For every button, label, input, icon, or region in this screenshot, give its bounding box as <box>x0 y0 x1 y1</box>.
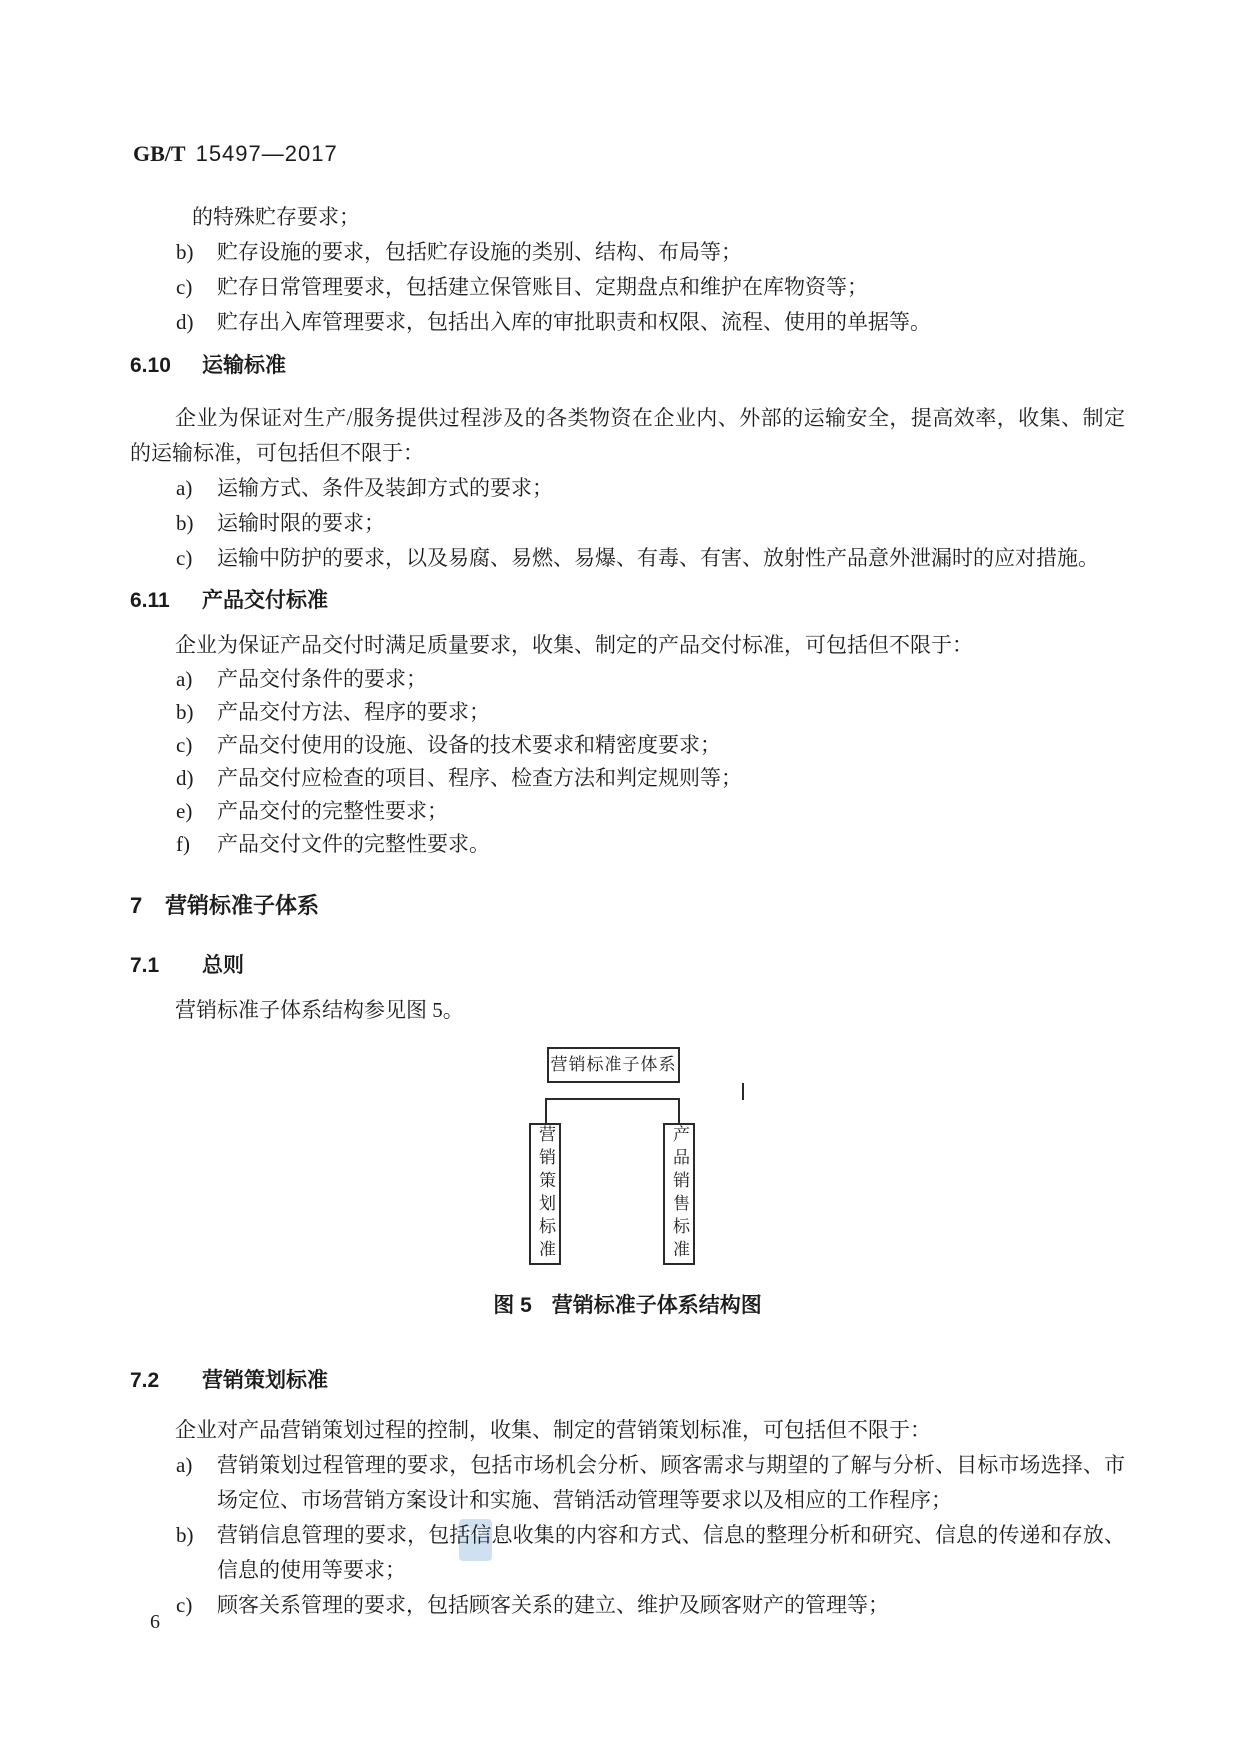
chart-root-label: 营销标准子体系 <box>551 1055 677 1075</box>
list-item: c) 产品交付使用的设施、设备的技术要求和精密度要求； <box>176 729 1125 762</box>
section-number: 7 <box>130 888 165 923</box>
list-item: d) 贮存出入库管理要求，包括出入库的审批职责和权限、流程、使用的单据等。 <box>176 305 1125 340</box>
list-item-text: 运输中防护的要求，以及易腐、易燃、易爆、有毒、有害、放射性产品意外泄漏时的应对措… <box>217 541 1125 576</box>
list-item-text: 顾客关系管理的要求，包括顾客关系的建立、维护及顾客财产的管理等； <box>217 1588 1125 1623</box>
list-item: b) 运输时限的要求； <box>176 506 1125 541</box>
list-item-text: 贮存日常管理要求，包括建立保管账目、定期盘点和维护在库物资等； <box>217 270 1125 305</box>
section-6-11-paragraph: 企业为保证产品交付时满足质量要求，收集、制定的产品交付标准，可包括但不限于： <box>130 628 1125 663</box>
list-item-label: e) <box>176 795 217 828</box>
chart-right-box: 产品销售标准 <box>663 1123 695 1265</box>
list-item: b) 营销信息管理的要求，包括信息收集的内容和方式、信息的整理分析和研究、信息的… <box>176 1518 1125 1588</box>
list-item-text: 贮存设施的要求，包括贮存设施的类别、结构、布局等； <box>217 235 1125 270</box>
page-content: 的特殊贮存要求； b) 贮存设施的要求，包括贮存设施的类别、结构、布局等； c)… <box>130 0 1125 1623</box>
chart-connector-left-drop <box>545 1098 547 1125</box>
list-item-label: b) <box>176 1518 217 1588</box>
section-title: 总则 <box>202 954 244 977</box>
list-item: d) 产品交付应检查的项目、程序、检查方法和判定规则等； <box>176 762 1125 795</box>
storage-requirements-list: b) 贮存设施的要求，包括贮存设施的类别、结构、布局等； c) 贮存日常管理要求… <box>130 235 1125 340</box>
list-item-label: d) <box>176 762 217 795</box>
list-item-label: a) <box>176 663 217 696</box>
list-item: b) 产品交付方法、程序的要求； <box>176 696 1125 729</box>
list-item-text: 营销信息管理的要求，包括信息收集的内容和方式、信息的整理分析和研究、信息的传递和… <box>217 1518 1125 1588</box>
marketing-planning-list: a) 营销策划过程管理的要求，包括市场机会分析、顾客需求与期望的了解与分析、目标… <box>130 1448 1125 1623</box>
section-7-2-paragraph: 企业对产品营销策划过程的控制，收集、制定的营销策划标准，可包括但不限于： <box>130 1413 1125 1448</box>
list-item-text: 运输时限的要求； <box>217 506 1125 541</box>
section-title: 营销策划标准 <box>202 1369 328 1392</box>
transport-requirements-list: a) 运输方式、条件及装卸方式的要求； b) 运输时限的要求； c) 运输中防护… <box>130 471 1125 576</box>
chart-right-label: 产品销售标准 <box>669 1125 689 1263</box>
document-page: SAC GB/T15497—2017 的特殊贮存要求； b) 贮存设施的要求，包… <box>0 0 1241 1754</box>
list-item-text: 产品交付应检查的项目、程序、检查方法和判定规则等； <box>217 762 1125 795</box>
list-item-label: c) <box>176 270 217 305</box>
list-item-text: 产品交付方法、程序的要求； <box>217 696 1125 729</box>
list-item-label: a) <box>176 1448 217 1518</box>
carryover-continuation-line: 的特殊贮存要求； <box>192 200 1125 235</box>
section-title: 营销标准子体系 <box>165 893 319 918</box>
list-item: c) 贮存日常管理要求，包括建立保管账目、定期盘点和维护在库物资等； <box>176 270 1125 305</box>
figure-5-org-chart: 营销标准子体系 营销策划标准 产品销售标准 <box>130 1047 1125 1265</box>
chart-left-box: 营销策划标准 <box>529 1123 561 1265</box>
list-item-text: 产品交付文件的完整性要求。 <box>217 828 1125 861</box>
list-item-text: 产品交付的完整性要求； <box>217 795 1125 828</box>
figure-5-caption: 图 5营销标准子体系结构图 <box>130 1288 1125 1323</box>
chart-connector-rail <box>545 1098 680 1100</box>
list-item-label: b) <box>176 696 217 729</box>
list-item-label: c) <box>176 729 217 762</box>
section-heading-6-10: 6.10运输标准 <box>130 348 1125 383</box>
list-item: b) 贮存设施的要求，包括贮存设施的类别、结构、布局等； <box>176 235 1125 270</box>
list-item-text: 产品交付使用的设施、设备的技术要求和精密度要求； <box>217 729 1125 762</box>
section-number: 7.2 <box>130 1363 202 1398</box>
section-number: 6.11 <box>130 583 202 618</box>
section-number: 6.10 <box>130 348 202 383</box>
list-item: e) 产品交付的完整性要求； <box>176 795 1125 828</box>
figure-caption-title: 营销标准子体系结构图 <box>552 1294 762 1317</box>
list-item: c) 运输中防护的要求，以及易腐、易燃、易爆、有毒、有害、放射性产品意外泄漏时的… <box>176 541 1125 576</box>
list-item-text: 运输方式、条件及装卸方式的要求； <box>217 471 1125 506</box>
list-item-label: c) <box>176 1588 217 1623</box>
section-heading-6-11: 6.11产品交付标准 <box>130 583 1125 618</box>
chart-connector-right-drop <box>678 1098 680 1125</box>
chart-root-box: 营销标准子体系 <box>547 1047 680 1083</box>
list-item-label: f) <box>176 828 217 861</box>
list-item-label: b) <box>176 506 217 541</box>
section-title: 运输标准 <box>202 354 286 377</box>
list-item-label: b) <box>176 235 217 270</box>
section-number: 7.1 <box>130 948 202 983</box>
list-item-label: a) <box>176 471 217 506</box>
list-item: c) 顾客关系管理的要求，包括顾客关系的建立、维护及顾客财产的管理等； <box>176 1588 1125 1623</box>
list-item-text: 营销策划过程管理的要求，包括市场机会分析、顾客需求与期望的了解与分析、目标市场选… <box>217 1448 1125 1518</box>
list-item: a) 运输方式、条件及装卸方式的要求； <box>176 471 1125 506</box>
chart-connector-stem <box>742 1083 744 1100</box>
section-heading-7-2: 7.2营销策划标准 <box>130 1363 1125 1398</box>
list-item-label: c) <box>176 541 217 576</box>
figure-caption-label: 图 5 <box>493 1294 532 1317</box>
list-item: a) 产品交付条件的要求； <box>176 663 1125 696</box>
list-item: f) 产品交付文件的完整性要求。 <box>176 828 1125 861</box>
chart-left-label: 营销策划标准 <box>535 1125 555 1263</box>
list-item-text: 产品交付条件的要求； <box>217 663 1125 696</box>
section-title: 产品交付标准 <box>202 589 328 612</box>
section-6-10-paragraph: 企业为保证对生产/服务提供过程涉及的各类物资在企业内、外部的运输安全，提高效率，… <box>130 401 1125 471</box>
list-item-text: 贮存出入库管理要求，包括出入库的审批职责和权限、流程、使用的单据等。 <box>217 305 1125 340</box>
section-heading-7-1: 7.1总则 <box>130 948 1125 983</box>
section-7-1-paragraph: 营销标准子体系结构参见图 5。 <box>130 993 1125 1028</box>
delivery-requirements-list: a) 产品交付条件的要求； b) 产品交付方法、程序的要求； c) 产品交付使用… <box>130 663 1125 861</box>
list-item: a) 营销策划过程管理的要求，包括市场机会分析、顾客需求与期望的了解与分析、目标… <box>176 1448 1125 1518</box>
list-item-label: d) <box>176 305 217 340</box>
chapter-heading-7: 7营销标准子体系 <box>130 888 1125 923</box>
